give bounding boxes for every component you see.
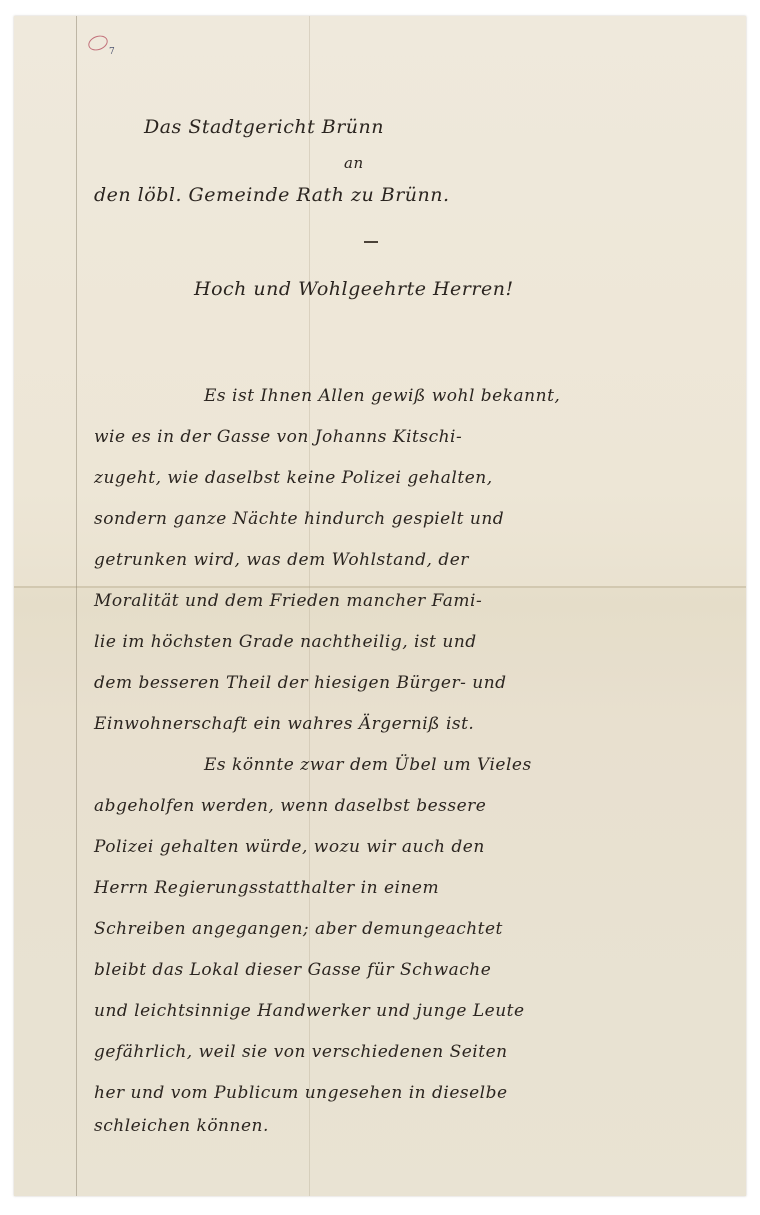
heading-sender: Das Stadtgericht Brünn <box>144 116 384 138</box>
paragraph2-line1: Es könnte zwar dem Übel um Vieles <box>204 755 532 775</box>
paragraph1-line3: zugeht, wie daselbst keine Polizei gehal… <box>94 468 493 488</box>
circled-mark-icon <box>86 33 110 53</box>
paragraph2-line6: bleibt das Lokal dieser Gasse für Schwac… <box>94 960 491 980</box>
letter-page: 7 Das Stadtgericht Brünn an den löbl. Ge… <box>14 16 746 1196</box>
paragraph2-line5: Schreiben angegangen; aber demungeachtet <box>94 919 503 939</box>
margin-line <box>76 16 77 1196</box>
paragraph1-line9: Einwohnerschaft ein wahres Ärgerniß ist. <box>94 714 474 734</box>
paragraph2-line9: her und vom Publicum ungesehen in diesel… <box>94 1083 508 1103</box>
paragraph2-line2: abgeholfen werden, wenn daselbst bessere <box>94 796 486 816</box>
paragraph1-line2: wie es in der Gasse von Johanns Kitschi- <box>94 427 462 447</box>
paragraph1-line6: Moralität und dem Frieden mancher Fami- <box>94 591 482 611</box>
folio-number: 7 <box>109 47 115 57</box>
heading-to: an <box>344 154 364 172</box>
heading-recipient: den löbl. Gemeinde Rath zu Brünn. <box>94 184 450 206</box>
paragraph2-line4: Herrn Regierungsstatthalter in einem <box>94 878 439 898</box>
paragraph1-line1: Es ist Ihnen Allen gewiß wohl bekannt, <box>204 386 560 406</box>
salutation: Hoch und Wohlgeehrte Herren! <box>194 278 514 300</box>
separator-dash <box>364 241 378 243</box>
paragraph1-line4: sondern ganze Nächte hindurch gespielt u… <box>94 509 504 529</box>
paragraph2-line8: gefährlich, weil sie von verschiedenen S… <box>94 1042 508 1062</box>
paragraph2-line10: schleichen können. <box>94 1116 269 1136</box>
paragraph2-line7: und leichtsinnige Handwerker und junge L… <box>94 1001 525 1021</box>
paragraph2-line3: Polizei gehalten würde, wozu wir auch de… <box>94 837 485 857</box>
paragraph1-line7: lie im höchsten Grade nachtheilig, ist u… <box>94 632 477 652</box>
paragraph1-line8: dem besseren Theil der hiesigen Bürger- … <box>94 673 507 693</box>
paragraph1-line5: getrunken wird, was dem Wohlstand, der <box>94 550 469 570</box>
